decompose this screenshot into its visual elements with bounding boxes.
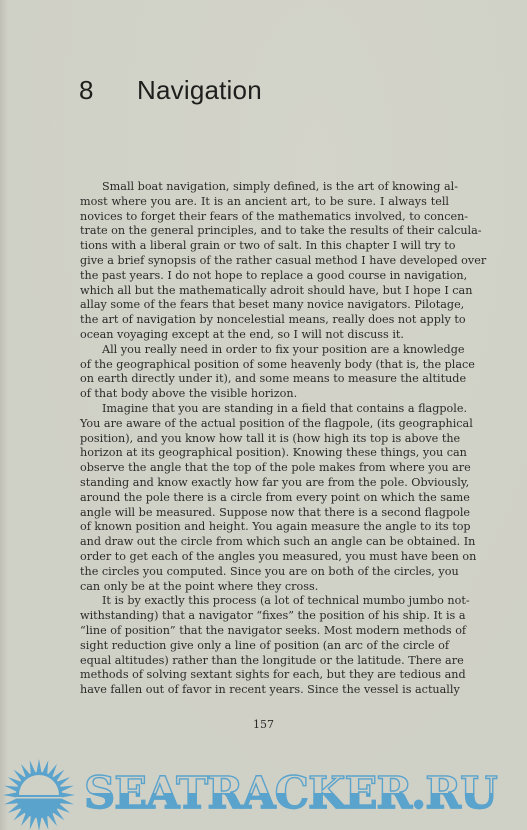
text-line: Imagine that you are standing in a field… [80, 402, 449, 417]
text-line: equal altitudes) rather than the longitu… [80, 654, 449, 669]
body-text: Small boat navigation, simply defined, i… [80, 180, 449, 698]
text-line: most where you are. It is an ancient art… [80, 195, 449, 210]
text-line: sight reduction give only a line of posi… [80, 639, 449, 654]
text-line: and draw out the circle from which such … [80, 535, 449, 550]
page-number: 157 [0, 718, 527, 731]
text-line: You are aware of the actual position of … [80, 417, 449, 432]
text-line: the art of navigation by noncelestial me… [80, 313, 449, 328]
text-line: of that body above the visible horizon. [80, 387, 449, 402]
book-page: 8Navigation Small boat navigation, simpl… [0, 0, 527, 830]
sun-over-sea-icon [2, 758, 76, 830]
text-line: observe the angle that the top of the po… [80, 461, 449, 476]
text-line: give a brief synopsis of the rather casu… [80, 254, 449, 269]
text-line: ocean voyaging except at the end, so I w… [80, 328, 449, 343]
chapter-heading: 8Navigation [79, 75, 262, 106]
text-line: can only be at the point where they cros… [80, 580, 449, 595]
text-line: allay some of the fears that beset many … [80, 298, 449, 313]
text-line: tions with a liberal grain or two of sal… [80, 239, 449, 254]
text-line: trate on the general principles, and to … [80, 224, 449, 239]
text-line: of the geographical position of some hea… [80, 358, 449, 373]
watermark: SEATRACKER.RU [0, 758, 527, 828]
text-line: “line of position” that the navigator se… [80, 624, 449, 639]
watermark-text: SEATRACKER.RU [84, 770, 497, 818]
text-line: have fallen out of favor in recent years… [80, 683, 449, 698]
text-line: order to get each of the angles you meas… [80, 550, 449, 565]
text-line: withstanding) that a navigator “fixes” t… [80, 609, 449, 624]
text-line: methods of solving sextant sights for ea… [80, 668, 449, 683]
text-line: around the pole there is a circle from e… [80, 491, 449, 506]
text-line: on earth directly under it), and some me… [80, 372, 449, 387]
text-line: All you really need in order to fix your… [80, 343, 449, 358]
chapter-number: 8 [79, 75, 137, 106]
text-line: standing and know exactly how far you ar… [80, 476, 449, 491]
text-line: the past years. I do not hope to replace… [80, 269, 449, 284]
chapter-title: Navigation [137, 75, 262, 105]
text-line: angle will be measured. Suppose now that… [80, 506, 449, 521]
text-line: position), and you know how tall it is (… [80, 432, 449, 447]
text-line: of known position and height. You again … [80, 520, 449, 535]
text-line: horizon at its geographical position). K… [80, 446, 449, 461]
text-line: novices to forget their fears of the mat… [80, 210, 449, 225]
text-line: It is by exactly this process (a lot of … [80, 594, 449, 609]
text-line: which all but the mathematically adroit … [80, 284, 449, 299]
text-line: the circles you computed. Since you are … [80, 565, 449, 580]
text-line: Small boat navigation, simply defined, i… [80, 180, 449, 195]
